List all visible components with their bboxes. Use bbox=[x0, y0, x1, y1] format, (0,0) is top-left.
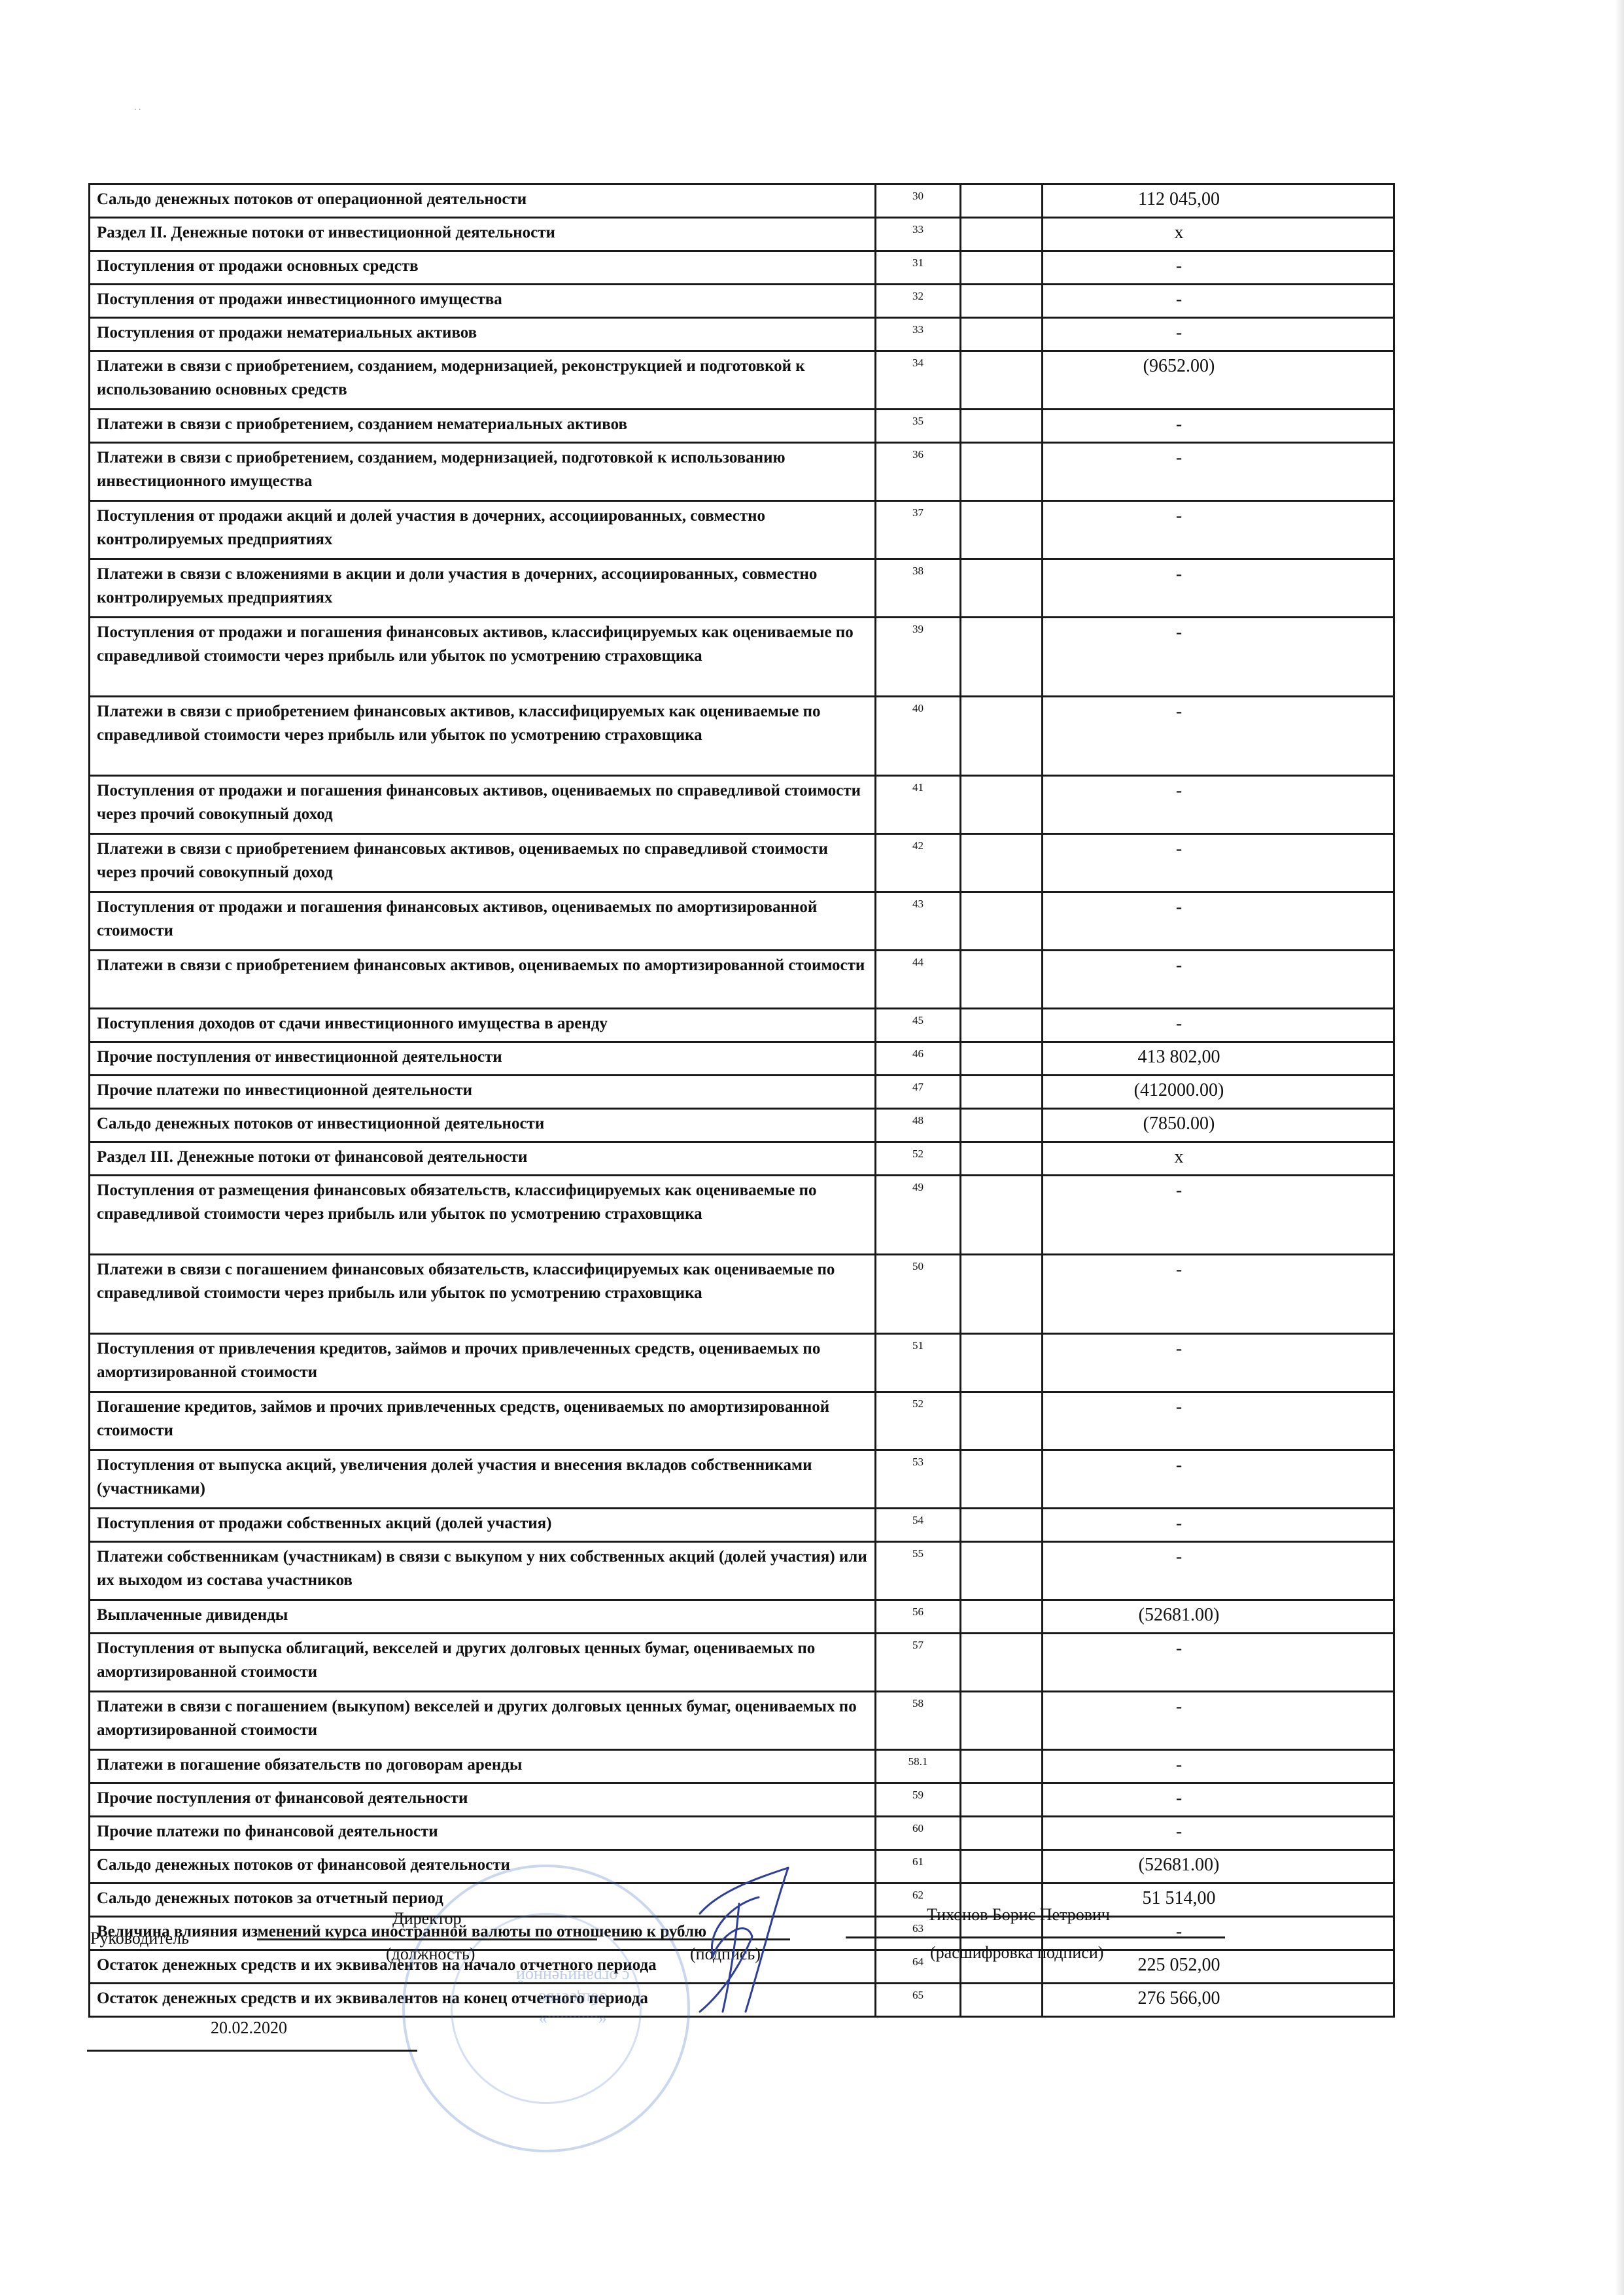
row-note bbox=[961, 1450, 1043, 1509]
cash-flow-table-body: Сальдо денежных потоков от операционной … bbox=[90, 184, 1394, 2017]
table-row: Раздел II. Денежные потоки от инвестицио… bbox=[90, 218, 1394, 251]
row-value: - bbox=[1043, 1542, 1394, 1600]
row-code: 30 bbox=[876, 184, 961, 218]
table-row: Поступления от продажи и погашения финан… bbox=[90, 892, 1394, 951]
row-value: (412000.00) bbox=[1043, 1076, 1394, 1109]
table-row: Поступления от размещения финансовых обя… bbox=[90, 1176, 1394, 1255]
row-code: 53 bbox=[876, 1450, 961, 1509]
row-code: 33 bbox=[876, 318, 961, 351]
row-label: Поступления от продажи акций и долей уча… bbox=[90, 501, 876, 559]
row-note bbox=[961, 1634, 1043, 1692]
row-value: - bbox=[1043, 776, 1394, 834]
row-code: 38 bbox=[876, 559, 961, 618]
row-code: 55 bbox=[876, 1542, 961, 1600]
row-note bbox=[961, 951, 1043, 1009]
row-value: - bbox=[1043, 1009, 1394, 1042]
official-seal-icon: «............»обществос ограниченной bbox=[402, 1865, 690, 2152]
row-value: - bbox=[1043, 559, 1394, 618]
row-value: (52681.00) bbox=[1043, 1850, 1394, 1883]
row-note bbox=[961, 218, 1043, 251]
row-code: 45 bbox=[876, 1009, 961, 1042]
table-row: Платежи в связи с приобретением финансов… bbox=[90, 697, 1394, 776]
row-label: Платежи в погашение обязательств по дого… bbox=[90, 1750, 876, 1783]
row-label: Погашение кредитов, займов и прочих прив… bbox=[90, 1392, 876, 1450]
table-row: Поступления от продажи собственных акций… bbox=[90, 1509, 1394, 1542]
row-note bbox=[961, 251, 1043, 285]
table-row: Поступления от продажи акций и долей уча… bbox=[90, 501, 1394, 559]
row-code: 47 bbox=[876, 1076, 961, 1109]
row-code: 42 bbox=[876, 834, 961, 892]
table-row: Сальдо денежных потоков от операционной … bbox=[90, 184, 1394, 218]
table-row: Сальдо денежных потоков от инвестиционно… bbox=[90, 1109, 1394, 1142]
row-label: Прочие поступления от инвестиционной дея… bbox=[90, 1042, 876, 1076]
row-code: 58 bbox=[876, 1692, 961, 1750]
row-code: 48 bbox=[876, 1109, 961, 1142]
row-value: (52681.00) bbox=[1043, 1600, 1394, 1634]
row-note bbox=[961, 1392, 1043, 1450]
row-note bbox=[961, 1109, 1043, 1142]
row-label: Выплаченные дивиденды bbox=[90, 1600, 876, 1634]
position-value: Директор bbox=[392, 1909, 462, 1929]
row-value: - bbox=[1043, 618, 1394, 697]
row-label: Прочие платежи по финансовой деятельност… bbox=[90, 1817, 876, 1850]
row-code: 59 bbox=[876, 1783, 961, 1817]
table-row: Поступления от выпуска облигаций, вексел… bbox=[90, 1634, 1394, 1692]
row-label: Поступления от привлечения кредитов, зай… bbox=[90, 1334, 876, 1392]
row-value: - bbox=[1043, 697, 1394, 776]
row-code: 52 bbox=[876, 1142, 961, 1176]
row-label: Поступления от продажи собственных акций… bbox=[90, 1509, 876, 1542]
row-value: - bbox=[1043, 951, 1394, 1009]
table-row: Прочие поступления от инвестиционной дея… bbox=[90, 1042, 1394, 1076]
signer-name: Тихонов Борис Петрович bbox=[927, 1905, 1110, 1925]
row-code: 36 bbox=[876, 443, 961, 501]
row-value: 413 802,00 bbox=[1043, 1042, 1394, 1076]
position-caption: (должность) bbox=[386, 1944, 475, 1964]
row-label: Платежи собственникам (участникам) в свя… bbox=[90, 1542, 876, 1600]
table-row: Платежи в связи с погашением (выкупом) в… bbox=[90, 1692, 1394, 1750]
row-label: Поступления от размещения финансовых обя… bbox=[90, 1176, 876, 1255]
seal-text: «............»обществос ограниченной bbox=[516, 1965, 629, 2032]
row-value: - bbox=[1043, 1817, 1394, 1850]
table-row: Платежи в связи с приобретением финансов… bbox=[90, 834, 1394, 892]
row-label: Прочие поступления от финансовой деятель… bbox=[90, 1783, 876, 1817]
row-label: Платежи в связи с приобретением, создани… bbox=[90, 410, 876, 443]
head-role-label: Руководитель bbox=[90, 1929, 189, 1948]
table-row: Поступления от выпуска акций, увеличения… bbox=[90, 1450, 1394, 1509]
row-value: - bbox=[1043, 318, 1394, 351]
row-value: (9652.00) bbox=[1043, 351, 1394, 410]
row-label: Платежи в связи с вложениями в акции и д… bbox=[90, 559, 876, 618]
position-line bbox=[257, 1938, 597, 1940]
table-row: Прочие платежи по инвестиционной деятель… bbox=[90, 1076, 1394, 1109]
handwritten-signature-icon bbox=[661, 1865, 791, 2015]
row-label: Платежи в связи с приобретением финансов… bbox=[90, 951, 876, 1009]
row-label: Поступления от продажи основных средств bbox=[90, 251, 876, 285]
row-value: - bbox=[1043, 1450, 1394, 1509]
row-label: Раздел II. Денежные потоки от инвестицио… bbox=[90, 218, 876, 251]
row-label: Сальдо денежных потоков от операционной … bbox=[90, 184, 876, 218]
row-note bbox=[961, 1176, 1043, 1255]
row-code: 52 bbox=[876, 1392, 961, 1450]
row-value: - bbox=[1043, 285, 1394, 318]
row-label: Поступления доходов от сдачи инвестицион… bbox=[90, 1009, 876, 1042]
row-code: 37 bbox=[876, 501, 961, 559]
row-note bbox=[961, 410, 1043, 443]
table-row: Прочие платежи по финансовой деятельност… bbox=[90, 1817, 1394, 1850]
table-row: Платежи в связи с вложениями в акции и д… bbox=[90, 559, 1394, 618]
row-code: 61 bbox=[876, 1850, 961, 1883]
row-code: 51 bbox=[876, 1334, 961, 1392]
row-label: Поступления от выпуска облигаций, вексел… bbox=[90, 1634, 876, 1692]
name-caption: (расшифровка подписи) bbox=[930, 1943, 1103, 1963]
table-row: Поступления от продажи основных средств3… bbox=[90, 251, 1394, 285]
table-row: Платежи в связи с приобретением, создани… bbox=[90, 351, 1394, 410]
row-note bbox=[961, 892, 1043, 951]
row-value: - bbox=[1043, 1392, 1394, 1450]
row-note bbox=[961, 1142, 1043, 1176]
row-code: 34 bbox=[876, 351, 961, 410]
row-label: Платежи в связи с приобретением, создани… bbox=[90, 351, 876, 410]
table-row: Платежи в связи с приобретением, создани… bbox=[90, 410, 1394, 443]
row-note bbox=[961, 697, 1043, 776]
row-note bbox=[961, 1750, 1043, 1783]
table-row: Платежи в связи с приобретением финансов… bbox=[90, 951, 1394, 1009]
row-note bbox=[961, 1600, 1043, 1634]
row-note bbox=[961, 443, 1043, 501]
row-code: 41 bbox=[876, 776, 961, 834]
table-row: Поступления от продажи и погашения финан… bbox=[90, 776, 1394, 834]
row-note bbox=[961, 501, 1043, 559]
row-label: Поступления от продажи и погашения финан… bbox=[90, 892, 876, 951]
cash-flow-table: Сальдо денежных потоков от операционной … bbox=[88, 183, 1395, 2018]
row-value: - bbox=[1043, 1783, 1394, 1817]
row-code: 54 bbox=[876, 1509, 961, 1542]
row-code: 58.1 bbox=[876, 1750, 961, 1783]
row-label: Раздел III. Денежные потоки от финансово… bbox=[90, 1142, 876, 1176]
row-note bbox=[961, 1984, 1043, 2017]
row-code: 60 bbox=[876, 1817, 961, 1850]
table-row: Поступления от привлечения кредитов, зай… bbox=[90, 1334, 1394, 1392]
row-note bbox=[961, 1042, 1043, 1076]
row-code: 46 bbox=[876, 1042, 961, 1076]
row-value: - bbox=[1043, 1750, 1394, 1783]
row-note bbox=[961, 1009, 1043, 1042]
row-code: 35 bbox=[876, 410, 961, 443]
row-label: Платежи в связи с приобретением финансов… bbox=[90, 697, 876, 776]
row-code: 33 bbox=[876, 218, 961, 251]
table-row: Платежи в связи с погашением финансовых … bbox=[90, 1255, 1394, 1334]
name-line bbox=[846, 1936, 1225, 1938]
row-code: 39 bbox=[876, 618, 961, 697]
row-label: Сальдо денежных потоков от инвестиционно… bbox=[90, 1109, 876, 1142]
row-label: Платежи в связи с приобретением финансов… bbox=[90, 834, 876, 892]
row-value: - bbox=[1043, 1255, 1394, 1334]
row-note bbox=[961, 618, 1043, 697]
row-value: x bbox=[1043, 1142, 1394, 1176]
row-note bbox=[961, 1692, 1043, 1750]
row-note bbox=[961, 1255, 1043, 1334]
row-label: Поступления от выпуска акций, увеличения… bbox=[90, 1450, 876, 1509]
row-value: - bbox=[1043, 251, 1394, 285]
row-label: Поступления от продажи и погашения финан… bbox=[90, 776, 876, 834]
row-note bbox=[961, 559, 1043, 618]
row-code: 49 bbox=[876, 1176, 961, 1255]
table-row: Платежи в связи с приобретением, создани… bbox=[90, 443, 1394, 501]
row-note bbox=[961, 318, 1043, 351]
table-row: Платежи собственникам (участникам) в свя… bbox=[90, 1542, 1394, 1600]
row-note bbox=[961, 184, 1043, 218]
row-code: 57 bbox=[876, 1634, 961, 1692]
row-note bbox=[961, 285, 1043, 318]
row-code: 44 bbox=[876, 951, 961, 1009]
row-label: Прочие платежи по инвестиционной деятель… bbox=[90, 1076, 876, 1109]
row-note bbox=[961, 1542, 1043, 1600]
row-note bbox=[961, 834, 1043, 892]
row-value: - bbox=[1043, 443, 1394, 501]
row-label: Поступления от продажи нематериальных ак… bbox=[90, 318, 876, 351]
row-code: 50 bbox=[876, 1255, 961, 1334]
row-label: Платежи в связи с погашением финансовых … bbox=[90, 1255, 876, 1334]
row-note bbox=[961, 351, 1043, 410]
row-value: - bbox=[1043, 834, 1394, 892]
row-code: 31 bbox=[876, 251, 961, 285]
table-row: Поступления от продажи нематериальных ак… bbox=[90, 318, 1394, 351]
date-line bbox=[87, 2050, 417, 2052]
row-value: - bbox=[1043, 1509, 1394, 1542]
row-note bbox=[961, 776, 1043, 834]
table-row: Прочие поступления от финансовой деятель… bbox=[90, 1783, 1394, 1817]
row-value: - bbox=[1043, 410, 1394, 443]
row-note bbox=[961, 1334, 1043, 1392]
row-value: - bbox=[1043, 1634, 1394, 1692]
row-code: 32 bbox=[876, 285, 961, 318]
row-label: Поступления от продажи инвестиционного и… bbox=[90, 285, 876, 318]
table-row: Погашение кредитов, займов и прочих прив… bbox=[90, 1392, 1394, 1450]
row-code: 56 bbox=[876, 1600, 961, 1634]
row-value: (7850.00) bbox=[1043, 1109, 1394, 1142]
table-row: Платежи в погашение обязательств по дого… bbox=[90, 1750, 1394, 1783]
row-label: Поступления от продажи и погашения финан… bbox=[90, 618, 876, 697]
row-note bbox=[961, 1783, 1043, 1817]
row-value: 112 045,00 bbox=[1043, 184, 1394, 218]
row-note bbox=[961, 1850, 1043, 1883]
table-row: Раздел III. Денежные потоки от финансово… bbox=[90, 1142, 1394, 1176]
row-code: 65 bbox=[876, 1984, 961, 2017]
row-value: - bbox=[1043, 1176, 1394, 1255]
table-row: Поступления доходов от сдачи инвестицион… bbox=[90, 1009, 1394, 1042]
row-label: Платежи в связи с погашением (выкупом) в… bbox=[90, 1692, 876, 1750]
table-row: Поступления от продажи инвестиционного и… bbox=[90, 285, 1394, 318]
row-value: - bbox=[1043, 892, 1394, 951]
row-value: - bbox=[1043, 501, 1394, 559]
signing-date: 20.02.2020 bbox=[211, 2018, 287, 2038]
scan-edge-shadow bbox=[1615, 0, 1624, 2295]
row-code: 40 bbox=[876, 697, 961, 776]
row-label: Платежи в связи с приобретением, создани… bbox=[90, 443, 876, 501]
row-note bbox=[961, 1509, 1043, 1542]
row-value: x bbox=[1043, 218, 1394, 251]
row-value: - bbox=[1043, 1334, 1394, 1392]
row-value: 276 566,00 bbox=[1043, 1984, 1394, 2017]
table-row: Выплаченные дивиденды56(52681.00) bbox=[90, 1600, 1394, 1634]
row-value: - bbox=[1043, 1692, 1394, 1750]
row-note bbox=[961, 1076, 1043, 1109]
table-row: Поступления от продажи и погашения финан… bbox=[90, 618, 1394, 697]
row-note bbox=[961, 1817, 1043, 1850]
row-code: 43 bbox=[876, 892, 961, 951]
scan-artifact: . . bbox=[134, 106, 142, 110]
